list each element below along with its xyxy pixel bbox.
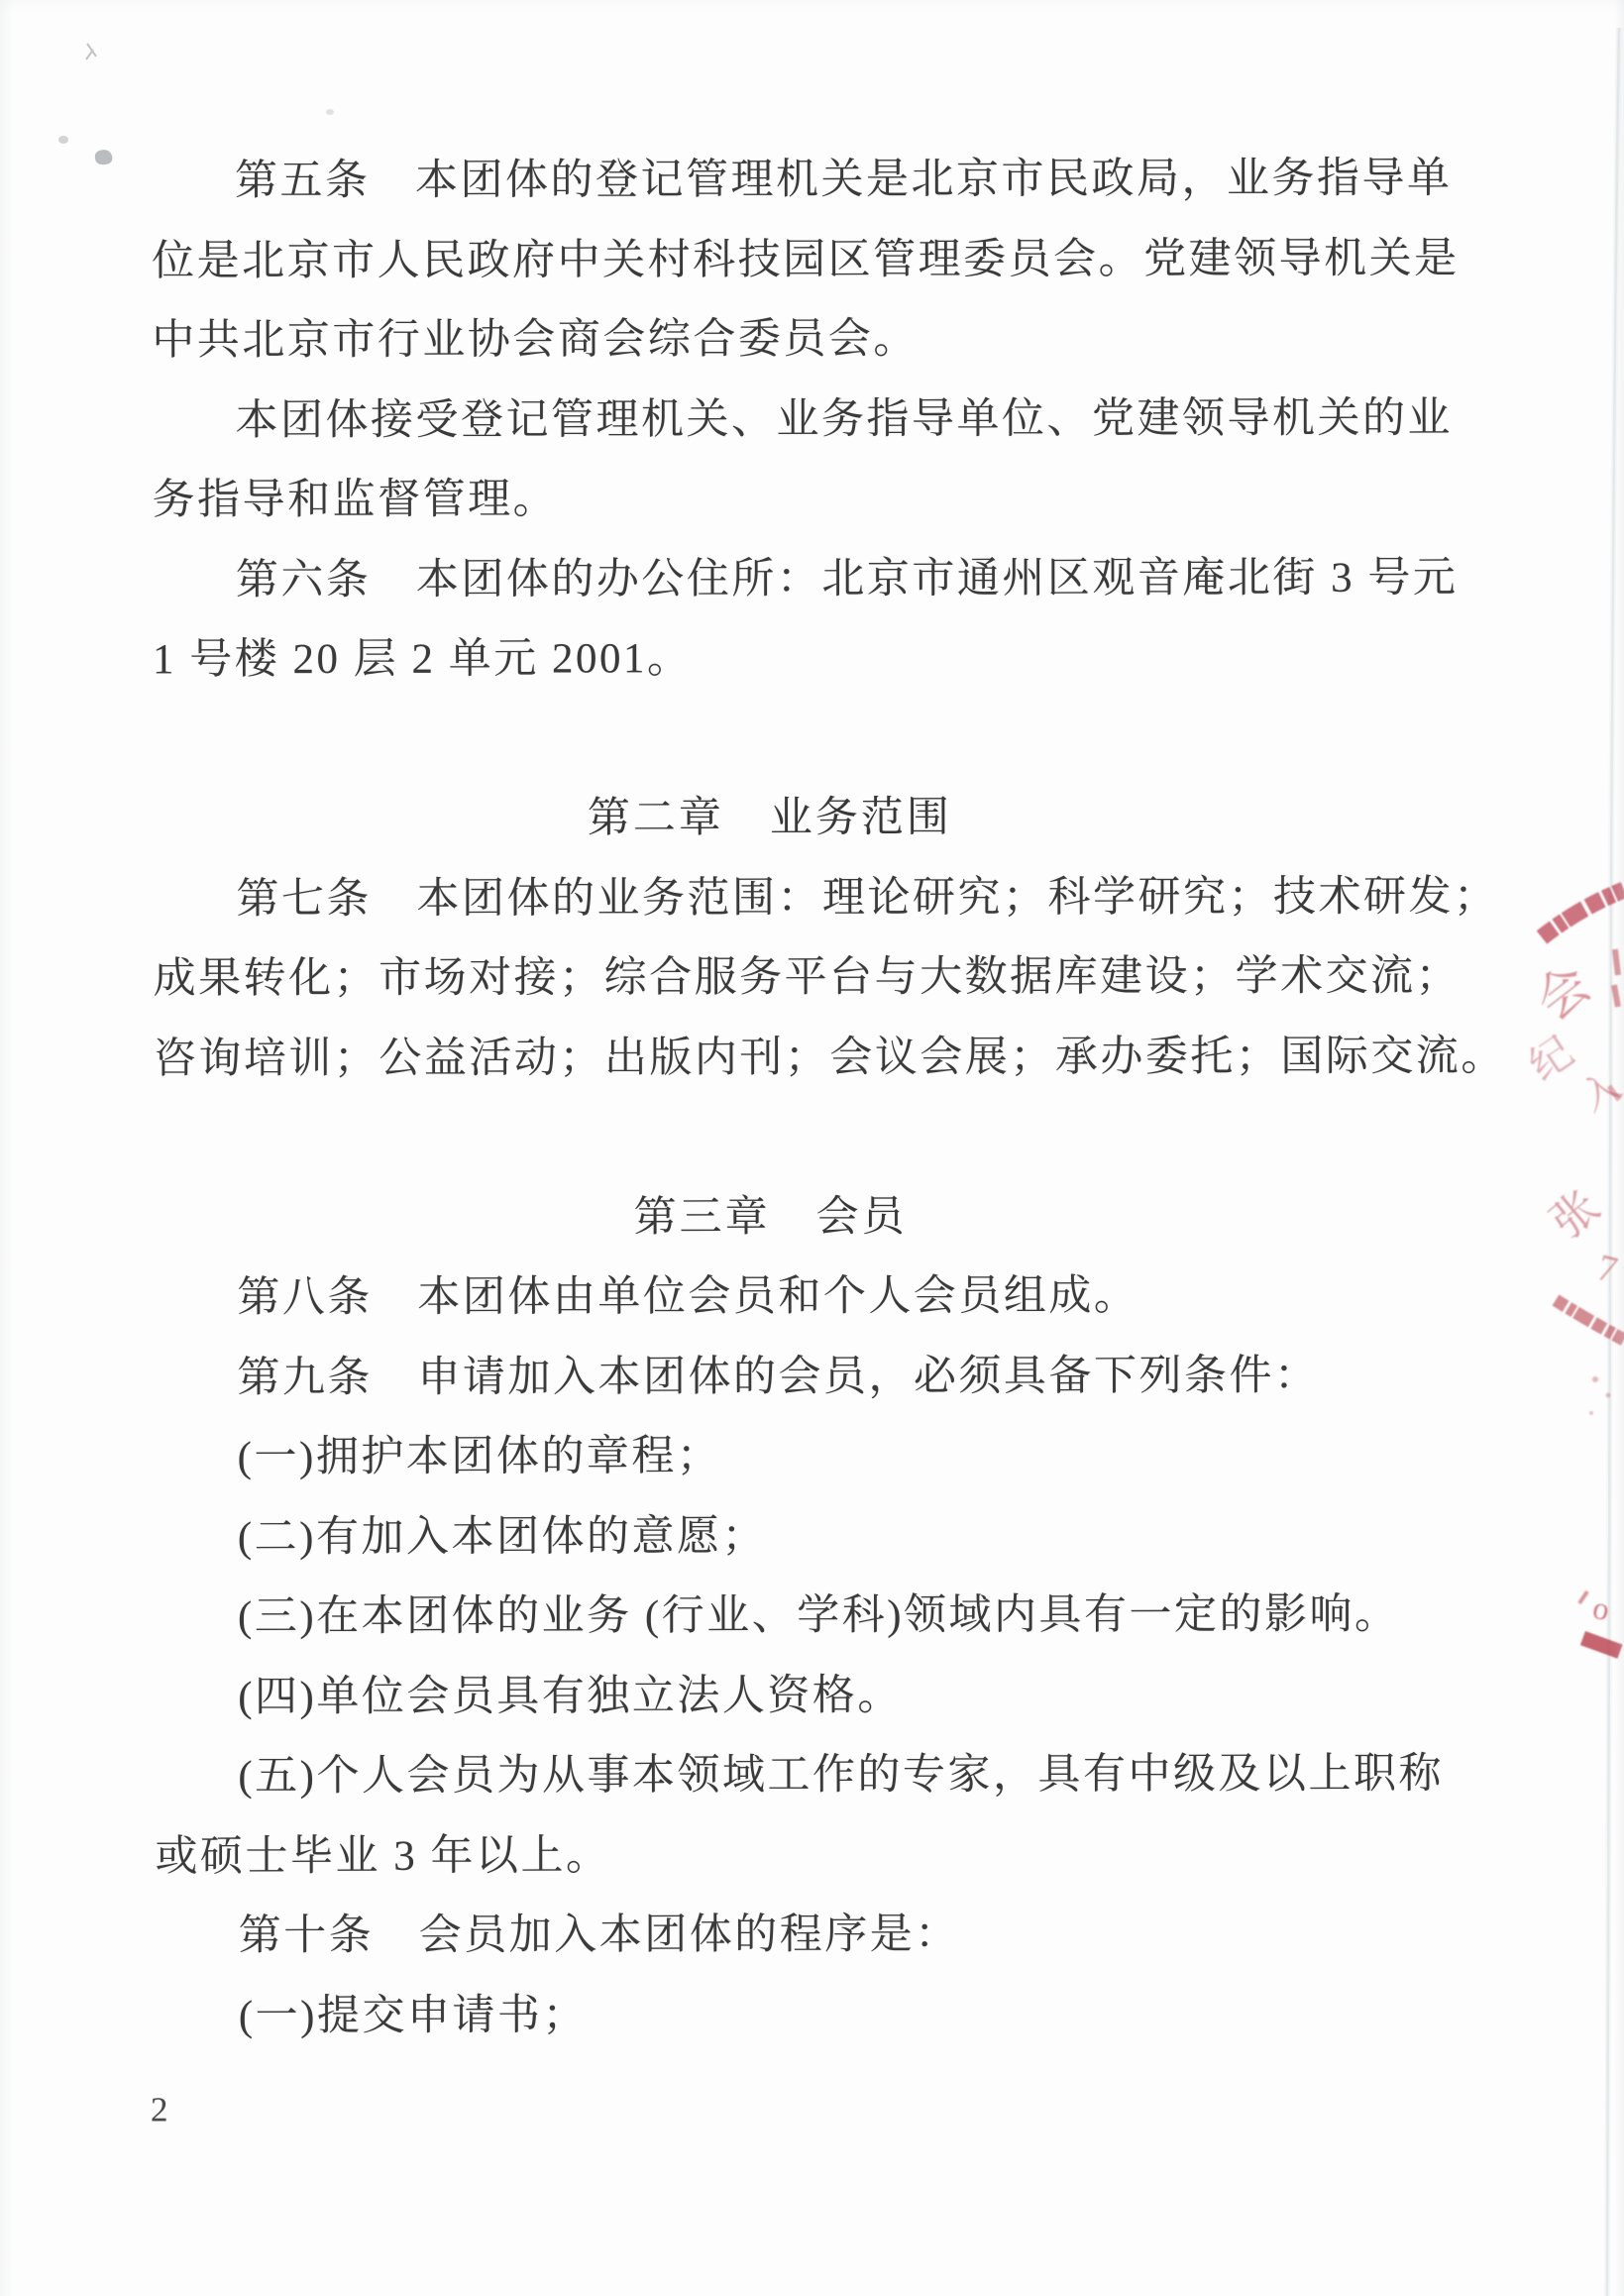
document-line: 第五条 本团体的登记管理机关是北京市民政局，业务指导单 (152, 154, 1543, 218)
document-line: (三)在本团体的业务 (行业、学科)领域内具有一定的影响。 (155, 1589, 1546, 1654)
document-line: 第六条 本团体的办公住所：北京市通州区观音庵北街 3 号元 (153, 553, 1544, 617)
document-line: 或硕士毕业 3 年以上。 (155, 1829, 1462, 1894)
document-text-layer: 第五条 本团体的登记管理机关是北京市民政局，业务指导单位是北京市人民政府中关村科… (0, 0, 1624, 2296)
document-line: 第十条 会员加入本团体的程序是： (156, 1909, 1547, 1973)
document-line: 第九条 申请加入本团体的会员，必须具备下列条件： (154, 1351, 1545, 1415)
document-line: 本团体接受登记管理机关、业务指导单位、党建领导机关的业 (152, 393, 1543, 458)
document-line: 位是北京市人民政府中关村科技园区管理委员会。党建领导机关是 (152, 234, 1460, 298)
chapter-heading: 第二章 业务范围 (153, 793, 1386, 857)
document-line: 成果转化；市场对接；综合服务平台与大数据库建设；学术交流； (154, 952, 1462, 1017)
document-lines: 第五条 本团体的登记管理机关是北京市民政局，业务指导单位是北京市人民政府中关村科… (0, 0, 1622, 2)
page-number: 2 (151, 2090, 168, 2130)
chapter-heading: 第三章 会员 (154, 1191, 1387, 1256)
scanned-document-page: 会 纪 入 张 7 o 第五条 本团体的登记管理机关是北京市民政局，业务指导单位… (0, 0, 1624, 2296)
document-line: (四)单位会员具有独立法人资格。 (155, 1670, 1546, 1734)
document-line: (五)个人会员为从事本领域工作的专家，具有中级及以上职称 (155, 1749, 1546, 1813)
document-line: 第八条 本团体由单位会员和个人会员组成。 (154, 1270, 1545, 1335)
document-line: 咨询培训；公益活动；出版内刊；会议会展；承办委托；国际交流。 (154, 1032, 1462, 1096)
document-line: (一)提交申请书； (156, 1989, 1547, 2053)
document-line: 中共北京市行业协会商会综合委员会。 (152, 314, 1460, 379)
document-line: (一)拥护本团体的章程； (155, 1430, 1546, 1494)
document-line: 第七条 本团体的业务范围：理论研究；科学研究；技术研发； (153, 872, 1544, 936)
document-line: 务指导和监督管理。 (153, 474, 1461, 538)
document-line: (二)有加入本团体的意愿； (155, 1510, 1546, 1575)
document-line: 1 号楼 20 层 2 单元 2001。 (153, 633, 1461, 698)
